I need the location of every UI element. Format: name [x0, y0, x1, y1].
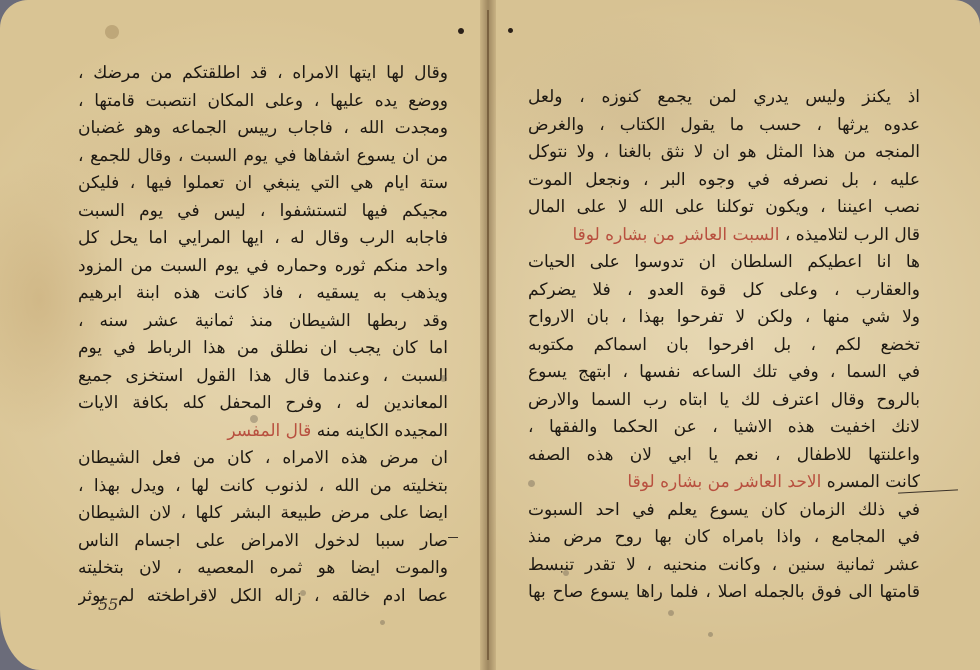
text-line: وقد ربطها الشيطان منذ ثمانية عشر سنه ،	[78, 308, 448, 336]
text-line: في ذلك الزمان كان يسوع يعلم في احد السبو…	[528, 497, 920, 525]
text-line: ستة ايام هي التي ينبغي ان تعملوا فيها ، …	[78, 170, 448, 198]
text-line: صار سببا لدخول الامراض على اجسام الناس	[78, 528, 448, 556]
wormhole-mark	[508, 28, 513, 33]
text-line: المنجه من هذا المثل هو ان لا نثق بالغنا …	[528, 139, 920, 167]
text-line: عليه ، بل نصرفه في وجوه البر ، ونجعل الم…	[528, 167, 920, 195]
rubric-heading: السبت العاشر من بشاره لوقا	[573, 225, 780, 245]
text-line: نصب اعيننا ، ويكون توكلنا على الله لا عل…	[528, 194, 920, 222]
text-line: عصا ادم خالقه ، زاله الكل لاقراطخته لم ي…	[78, 583, 448, 611]
text-line: السبت ، وعندما قال هذا القول استخزى جميع	[78, 363, 448, 391]
binding-thread	[487, 10, 489, 660]
text-line: عدوه يرثها ، حسب ما يقول الكتاب ، والغرض	[528, 112, 920, 140]
text-line: ومجدت الله ، فاجاب رييس الجماعه وهو غضبا…	[78, 115, 448, 143]
text-line: والموت ايضا هو ثمره المعصيه ، لان بتخليت…	[78, 555, 448, 583]
text-line: من ان يسوع اشفاها في يوم السبت ، وقال لل…	[78, 143, 448, 171]
stain-mark	[528, 480, 535, 487]
stain-mark	[250, 415, 258, 423]
text-line-with-rubric: قال الرب لتلاميذه ، السبت العاشر من بشار…	[528, 222, 920, 250]
left-manuscript-page: وقال لها ايتها الامراه ، قد اطلقتكم من م…	[0, 0, 488, 670]
text-line: فاجابه الرب وقال له ، ايها المرايي اما ي…	[78, 225, 448, 253]
stain-mark	[380, 620, 385, 625]
text-line: اذ يكنز وليس يدري لمن يجمع كنوزه ، ولعل	[528, 84, 920, 112]
text-line: في المجامع ، واذا بامراه كان بها روح مرض…	[528, 524, 920, 552]
text-line: ان مرض هذه الامراه ، كان من فعل الشيطان	[78, 445, 448, 473]
rubric-heading: قال المفسر	[227, 421, 311, 441]
text-line: بالروح وقال اعترف لك يا ابتاه رب السما و…	[528, 387, 920, 415]
text-line: وقال لها ايتها الامراه ، قد اطلقتكم من م…	[78, 60, 448, 88]
text-line: ولا شي منها ، ولكن لا تفرحوا بهذا ، بان …	[528, 304, 920, 332]
wormhole-mark	[458, 28, 464, 34]
rubric-heading: الاحد العاشر من بشاره لوقا	[627, 472, 821, 492]
text-segment: كانت المسره	[827, 472, 920, 492]
text-line: لانك اخفيت هذه الاشيا ، عن الحكما والفقه…	[528, 414, 920, 442]
text-line: واحد منكم ثوره وحماره في يوم السبت من ال…	[78, 253, 448, 281]
text-line: مجيكم فيها لتستشفوا ، ليس في يوم السبت	[78, 198, 448, 226]
text-segment: المجيده الكاينه منه	[317, 421, 448, 441]
stain-mark	[563, 570, 569, 576]
text-line-with-rubric: كانت المسره الاحد العاشر من بشاره لوقا	[528, 469, 920, 497]
text-line: واعلنتها للاطفال ، نعم يا ابي لان هذه ال…	[528, 442, 920, 470]
text-line: ايضا على مرض طبيعة البشر كلها ، لان الشي…	[78, 500, 448, 528]
right-manuscript-page: اذ يكنز وليس يدري لمن يجمع كنوزه ، ولعل …	[488, 0, 980, 670]
stain-mark	[300, 590, 306, 596]
margin-mark	[448, 537, 458, 538]
text-line: تخضع لكم ، بل افرحوا بان اسماكم مكتوبه	[528, 332, 920, 360]
text-segment: قال الرب لتلاميذه ،	[785, 225, 920, 245]
text-line: ويذهب به يسقيه ، فاذ كانت هذه ابنة ابرهي…	[78, 280, 448, 308]
text-line: والعقارب ، وعلى كل قوة العدو ، فلا يضركم	[528, 277, 920, 305]
text-line: قامتها الى فوق بالجمله اصلا ، فلما راها …	[528, 579, 920, 607]
text-line: عشر ثمانية سنين ، وكانت منحنيه ، لا تقدر…	[528, 552, 920, 580]
text-line-with-rubric: المجيده الكاينه منه قال المفسر	[78, 418, 448, 446]
stain-mark	[668, 610, 674, 616]
folio-number: 55	[98, 595, 118, 614]
text-line: ها انا اعطيكم السلطان ان تدوسوا على الحي…	[528, 249, 920, 277]
stain-mark	[708, 632, 713, 637]
right-page-text: اذ يكنز وليس يدري لمن يجمع كنوزه ، ولعل …	[528, 84, 920, 607]
text-line: بتخليته من الله ، لذنوب كانت لها ، ويدل …	[78, 473, 448, 501]
left-page-text: وقال لها ايتها الامراه ، قد اطلقتكم من م…	[78, 60, 448, 610]
text-line: في السما ، وفي تلك الساعه نفسها ، ابتهج …	[528, 359, 920, 387]
stain-mark	[440, 375, 447, 382]
text-line: اما كان يجب ان نطلق من هذا الرباط في يوم	[78, 335, 448, 363]
text-line: ووضع يده عليها ، وعلى المكان انتصبت قامت…	[78, 88, 448, 116]
stain-mark	[105, 25, 119, 39]
text-line: المعاندين له ، وفرح المحفل كله بكافة الا…	[78, 390, 448, 418]
